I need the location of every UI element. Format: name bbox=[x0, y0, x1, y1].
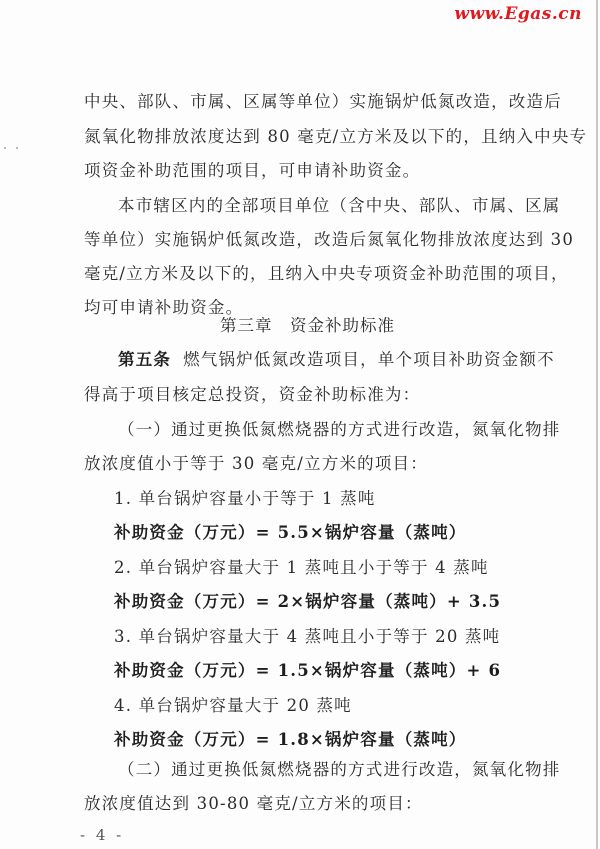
item-1-condition: 1. 单台锅炉容量小于等于 1 蒸吨 bbox=[114, 489, 376, 509]
paragraph-2-line-1: 本市辖区内的全部项目单位（含中央、部队、市属、区属 bbox=[118, 196, 561, 216]
document-page: www.Egas.cn 中央、部队、市属、区属等单位）实施锅炉低氮改造，改造后 … bbox=[0, 0, 600, 849]
article-5-line-1: 第五条燃气锅炉低氮改造项目，单个项目补助资金额不 bbox=[118, 350, 555, 370]
watermark-logo: www.Egas.cn bbox=[454, 4, 582, 24]
item-3-formula: 补助资金（万元）= 1.5×锅炉容量（蒸吨）+ 6 bbox=[114, 661, 501, 681]
page-edge-divider bbox=[596, 0, 598, 849]
paragraph-2-line-3: 毫克/立方米及以下的，且纳入中央专项资金补助范围的项目， bbox=[84, 264, 569, 284]
chapter-heading: 第三章 资金补助标准 bbox=[220, 316, 395, 336]
page-number: - 4 - bbox=[80, 826, 124, 844]
item-2-formula: 补助资金（万元）= 2×锅炉容量（蒸吨）+ 3.5 bbox=[114, 592, 501, 612]
item-4-condition: 4. 单台锅炉容量大于 20 蒸吨 bbox=[114, 696, 352, 716]
paragraph-1-line-3: 项资金补助范围的项目，可申请补助资金。 bbox=[84, 161, 420, 181]
item-1-formula: 补助资金（万元）= 5.5×锅炉容量（蒸吨） bbox=[114, 523, 467, 543]
paragraph-1-line-1: 中央、部队、市属、区属等单位）实施锅炉低氮改造，改造后 bbox=[84, 92, 562, 112]
section-2-line-2: 放浓度值达到 30-80 毫克/立方米的项目： bbox=[84, 794, 423, 814]
paragraph-2-line-2: 等单位）实施锅炉低氮改造，改造后氮氧化物排放浓度达到 30 bbox=[84, 230, 574, 250]
article-5-line-2: 得高于项目核定总投资，资金补助标准为： bbox=[84, 385, 420, 405]
paragraph-1-line-2: 氮氧化物排放浓度达到 80 毫克/立方米及以下的，且纳入中央专 bbox=[84, 127, 587, 147]
paragraph-2-line-4: 均可申请补助资金。 bbox=[84, 298, 243, 318]
article-5-text: 燃气锅炉低氮改造项目，单个项目补助资金额不 bbox=[183, 350, 555, 369]
item-2-condition: 2. 单台锅炉容量大于 1 蒸吨且小于等于 4 蒸吨 bbox=[114, 558, 489, 578]
section-1-line-1: （一）通过更换低氮燃烧器的方式进行改造，氮氧化物排 bbox=[118, 420, 561, 440]
article-label: 第五条 bbox=[118, 350, 171, 369]
section-1-line-2: 放浓度值小于等于 30 毫克/立方米的项目： bbox=[84, 454, 428, 474]
margin-mark bbox=[4, 147, 18, 149]
section-2-line-1: （二）通过更换低氮燃烧器的方式进行改造，氮氧化物排 bbox=[118, 760, 561, 780]
item-3-condition: 3. 单台锅炉容量大于 4 蒸吨且小于等于 20 蒸吨 bbox=[114, 627, 500, 647]
item-4-formula: 补助资金（万元）= 1.8×锅炉容量（蒸吨） bbox=[114, 730, 467, 750]
